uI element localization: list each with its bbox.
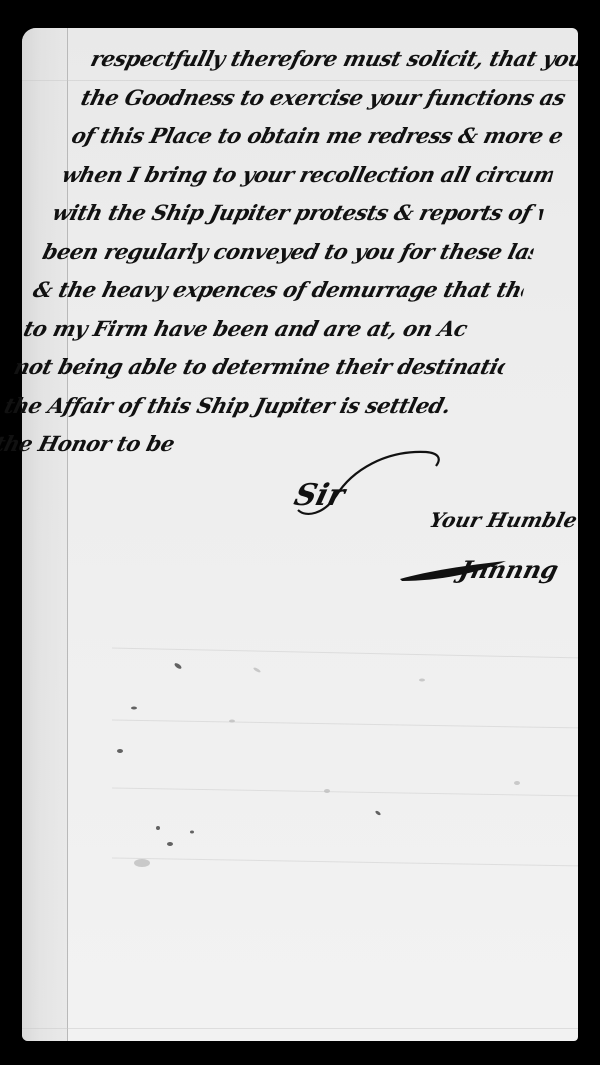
body-line-10: the Affair of this Ship Jupiter is settl… — [0, 387, 500, 426]
body-line-1: respectfully therefore must solicit, tha… — [86, 40, 586, 79]
body-line-2: the Goodness to exercise your functions … — [77, 79, 577, 118]
body-line-6: been regularly conveyed to you for these… — [38, 233, 538, 272]
body-line-4: when I bring to your recollection all ci… — [58, 156, 558, 195]
signature: Jnnnng — [456, 555, 561, 584]
scan-artifact-line — [22, 1028, 578, 1029]
body-line-9: not being able to determine their destin… — [10, 348, 510, 387]
salutation: Sir — [291, 478, 349, 513]
scanned-page: respectfully therefore must solicit, tha… — [0, 0, 600, 1065]
body-line-5: with the Ship Jupiter protests & reports… — [48, 194, 548, 233]
complimentary-close: Your Humble — [427, 508, 580, 532]
body-line-7: & the heavy expences of demurrage that t… — [29, 271, 529, 310]
ink-bleed-through — [112, 628, 578, 948]
body-line-3: of this Place to obtain me redress & mor… — [67, 117, 567, 156]
scan-border-right — [578, 0, 600, 1065]
body-line-8: to my Firm have been and are at, on Ac — [19, 310, 519, 349]
